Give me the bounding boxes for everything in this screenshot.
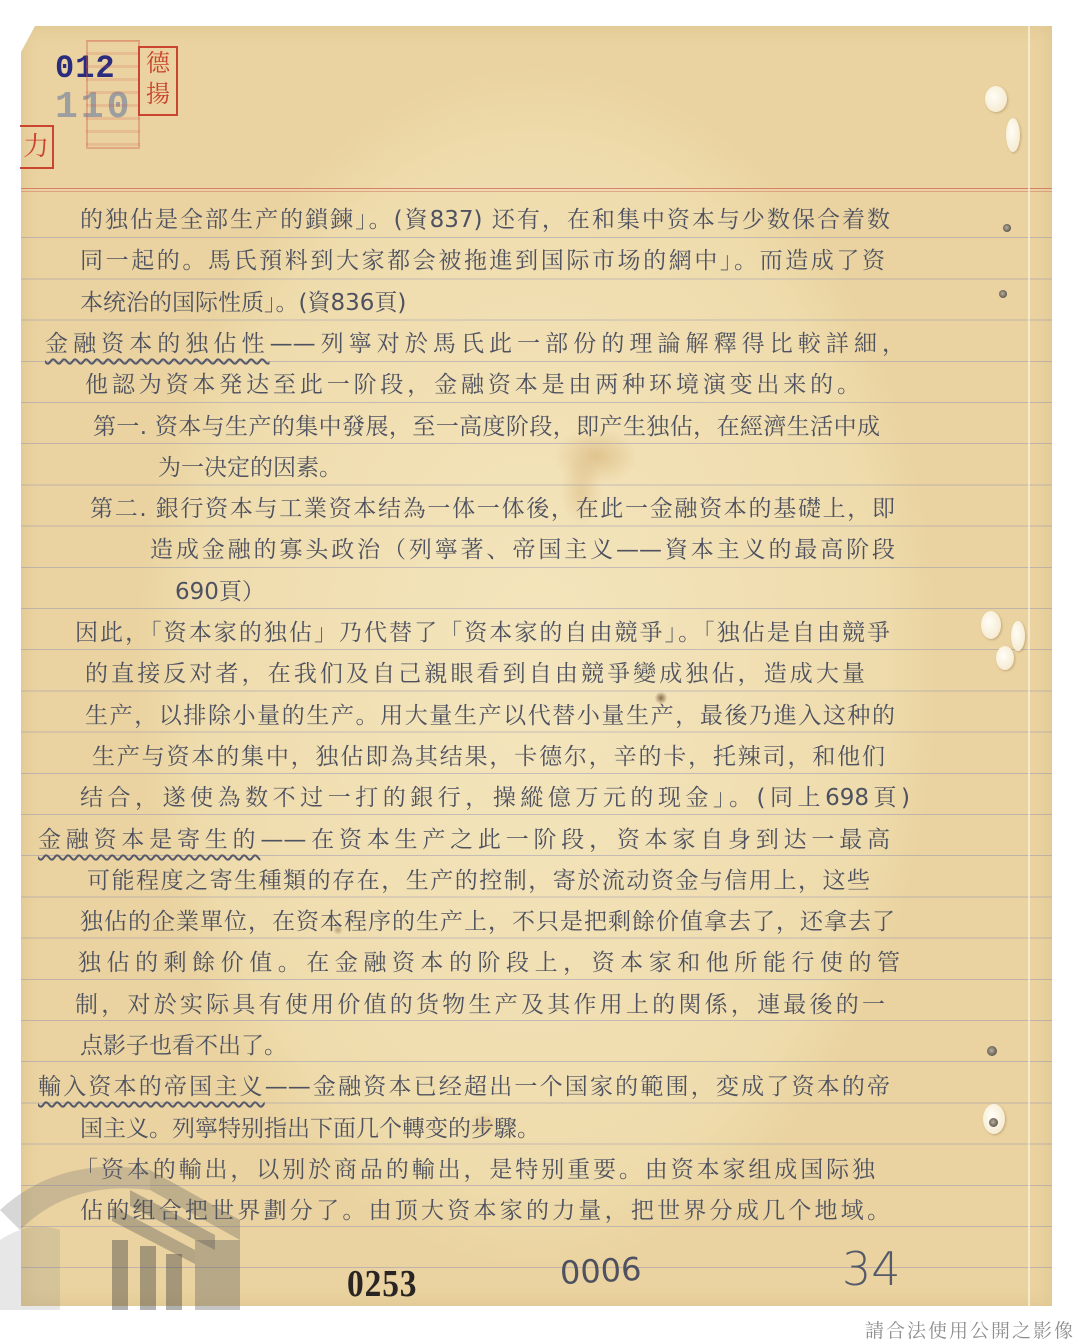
line-text: 生产，以排除小量的生产。用大量生产以代替小量生产，最後乃進入这种的 (85, 703, 895, 729)
text-line: 的直接反对者，在我们及自己親眼看到自由競爭變成独佔，造成大量 (85, 659, 865, 689)
text-line: 造成金融的寡头政治（列寧著、帝国主义——資本主义的最高阶段 (150, 535, 895, 565)
line-text: ——列寧对於馬氏此一部份的理論解釋得比較詳細， (270, 331, 905, 357)
text-line: 独佔的企業單位，在资本程序的生产上，不只是把剩餘价值拿去了，还拿去了 (80, 907, 895, 937)
line-text: 因此，「资本家的独佔」乃代替了「资本家的自由競爭」。「独佔是自由競爭 (75, 620, 890, 646)
section-heading: 金融资本是寄生的 (38, 827, 260, 853)
text-line: 他認为资本発达至此一阶段，金融资本是由两种环境演变出来的。 (85, 370, 860, 400)
line-text: 同一起的。馬氏預料到大家都会被拖進到国际市场的網中」。而造成了资 (80, 248, 885, 274)
line-text: 造成金融的寡头政治（列寧著、帝国主义——資本主义的最高阶段 (150, 537, 895, 563)
list-item-line: 第一. 资本与生产的集中發展，至一高度阶段，即产生独佔，在經濟生活中成 (93, 412, 880, 442)
text-line: 独佔的剩餘价值。在金融资本的阶段上，资本家和他所能行使的管 (78, 948, 900, 978)
text-line: 国主义。列寧特别指出下面几个轉变的步驟。 (80, 1114, 540, 1144)
line-text: 第一. 资本与生产的集中發展，至一高度阶段，即产生独佔，在經濟生活中成 (93, 414, 880, 440)
text-line: 生产与资本的集中，独佔即為其结果，卡德尔，辛的卡，托辣司，和他们 (92, 742, 885, 772)
line-text: 独佔的企業單位，在资本程序的生产上，不只是把剩餘价值拿去了，还拿去了 (80, 909, 895, 935)
punch-hole (981, 611, 1001, 639)
pencil-number: 0006 (559, 1250, 642, 1292)
text-line: 同一起的。馬氏預料到大家都会被拖進到国际市场的網中」。而造成了资 (80, 246, 885, 276)
usage-notice-watermark: 請合法使用公開之影像 (865, 1316, 1075, 1343)
page-number: 34 (842, 1242, 901, 1296)
section-heading-line: 金融资本是寄生的——在资本生产之此一阶段，资本家自身到达一最高 (38, 825, 890, 855)
red-name-seal: 德揚 (138, 46, 178, 116)
punch-hole (996, 646, 1014, 670)
punch-hole (1006, 118, 1020, 152)
scanned-page: 012 110 德揚 力 的独佔是全部生产的鎖鍊」。(資837) 还有，在和集中… (0, 0, 1079, 1344)
line-text: 国主义。列寧特别指出下面几个轉变的步驟。 (80, 1116, 540, 1142)
text-line: 本统治的国际性质」。(資836頁) (80, 288, 406, 318)
pin-mark (987, 1046, 997, 1056)
line-text: 第二. 銀行资本与工業资本结為一体一体後，在此一金融资本的基礎上，即 (90, 496, 895, 522)
text-line: 点影子也看不出了。 (80, 1031, 287, 1061)
line-text: 制，对於实际具有使用价值的货物生产及其作用上的関係，連最後的一 (75, 992, 885, 1018)
archive-watermark-logo-icon (0, 1150, 270, 1310)
text-line: 为一决定的因素。 (158, 453, 342, 483)
section-heading: 輸入资本的帝国主义 (38, 1074, 265, 1100)
section-heading-line: 輸入资本的帝国主义——金融资本已经超出一个国家的範围，変成了资本的帝 (38, 1072, 890, 1102)
section-heading-line: 金融资本的独佔性——列寧对於馬氏此一部份的理論解釋得比較詳細， (45, 329, 905, 359)
text-line: 生产，以排除小量的生产。用大量生产以代替小量生产，最後乃進入这种的 (85, 701, 895, 731)
paper-crease (1028, 26, 1030, 1306)
line-text: 生产与资本的集中，独佔即為其结果，卡德尔，辛的卡，托辣司，和他们 (92, 744, 885, 770)
text-line: 因此，「资本家的独佔」乃代替了「资本家的自由競爭」。「独佔是自由競爭 (75, 618, 890, 648)
line-text: 他認为资本発达至此一阶段，金融资本是由两种环境演变出来的。 (85, 372, 860, 398)
pin-mark (989, 1118, 998, 1127)
punch-hole (1011, 621, 1025, 651)
line-text: 独佔的剩餘价值。在金融资本的阶段上，资本家和他所能行使的管 (78, 950, 900, 976)
section-heading: 金融资本的独佔性 (45, 331, 270, 357)
archive-number-stamp: 0253 (347, 1262, 417, 1306)
line-text: 为一决定的因素。 (158, 455, 342, 481)
small-red-seal: 力 (20, 125, 54, 169)
line-text: 的直接反对者，在我们及自己親眼看到自由競爭變成独佔，造成大量 (85, 661, 865, 687)
red-seal-text: 德揚 (145, 48, 171, 110)
text-line: 690頁） (175, 577, 265, 607)
line-text: 690頁） (175, 579, 265, 605)
line-text: 的独佔是全部生产的鎖鍊」。(資837) 还有，在和集中资本与少数保合着数 (80, 207, 890, 233)
line-text: 点影子也看不出了。 (80, 1033, 287, 1059)
faded-red-seal (86, 40, 140, 149)
text-line: 的独佔是全部生产的鎖鍊」。(資837) 还有，在和集中资本与少数保合着数 (80, 205, 890, 235)
line-text: ——金融资本已经超出一个国家的範围，変成了资本的帝 (265, 1074, 890, 1100)
text-line: 结合，遂使為数不过一打的銀行，操縱億万元的现金」。(同上698頁) (80, 783, 910, 813)
line-text: ——在资本生产之此一阶段，资本家自身到达一最高 (260, 827, 890, 853)
punch-hole (985, 86, 1007, 112)
list-item-line: 第二. 銀行资本与工業资本结為一体一体後，在此一金融资本的基礎上，即 (90, 494, 895, 524)
pin-mark (999, 290, 1007, 298)
line-text: 结合，遂使為数不过一打的銀行，操縱億万元的现金」。(同上698頁) (80, 785, 910, 811)
red-margin-line (21, 188, 1052, 189)
line-text: 本统治的国际性质」。(資836頁) (80, 290, 406, 316)
text-line: 可能程度之寄生種類的存在，生产的控制，寄於流动资金与信用上，这些 (87, 866, 870, 896)
text-line: 制，对於实际具有使用价值的货物生产及其作用上的関係，連最後的一 (75, 990, 885, 1020)
pin-mark (1003, 224, 1011, 232)
line-text: 可能程度之寄生種類的存在，生产的控制，寄於流动资金与信用上，这些 (87, 868, 870, 894)
red-margin-line-2 (21, 191, 1052, 192)
